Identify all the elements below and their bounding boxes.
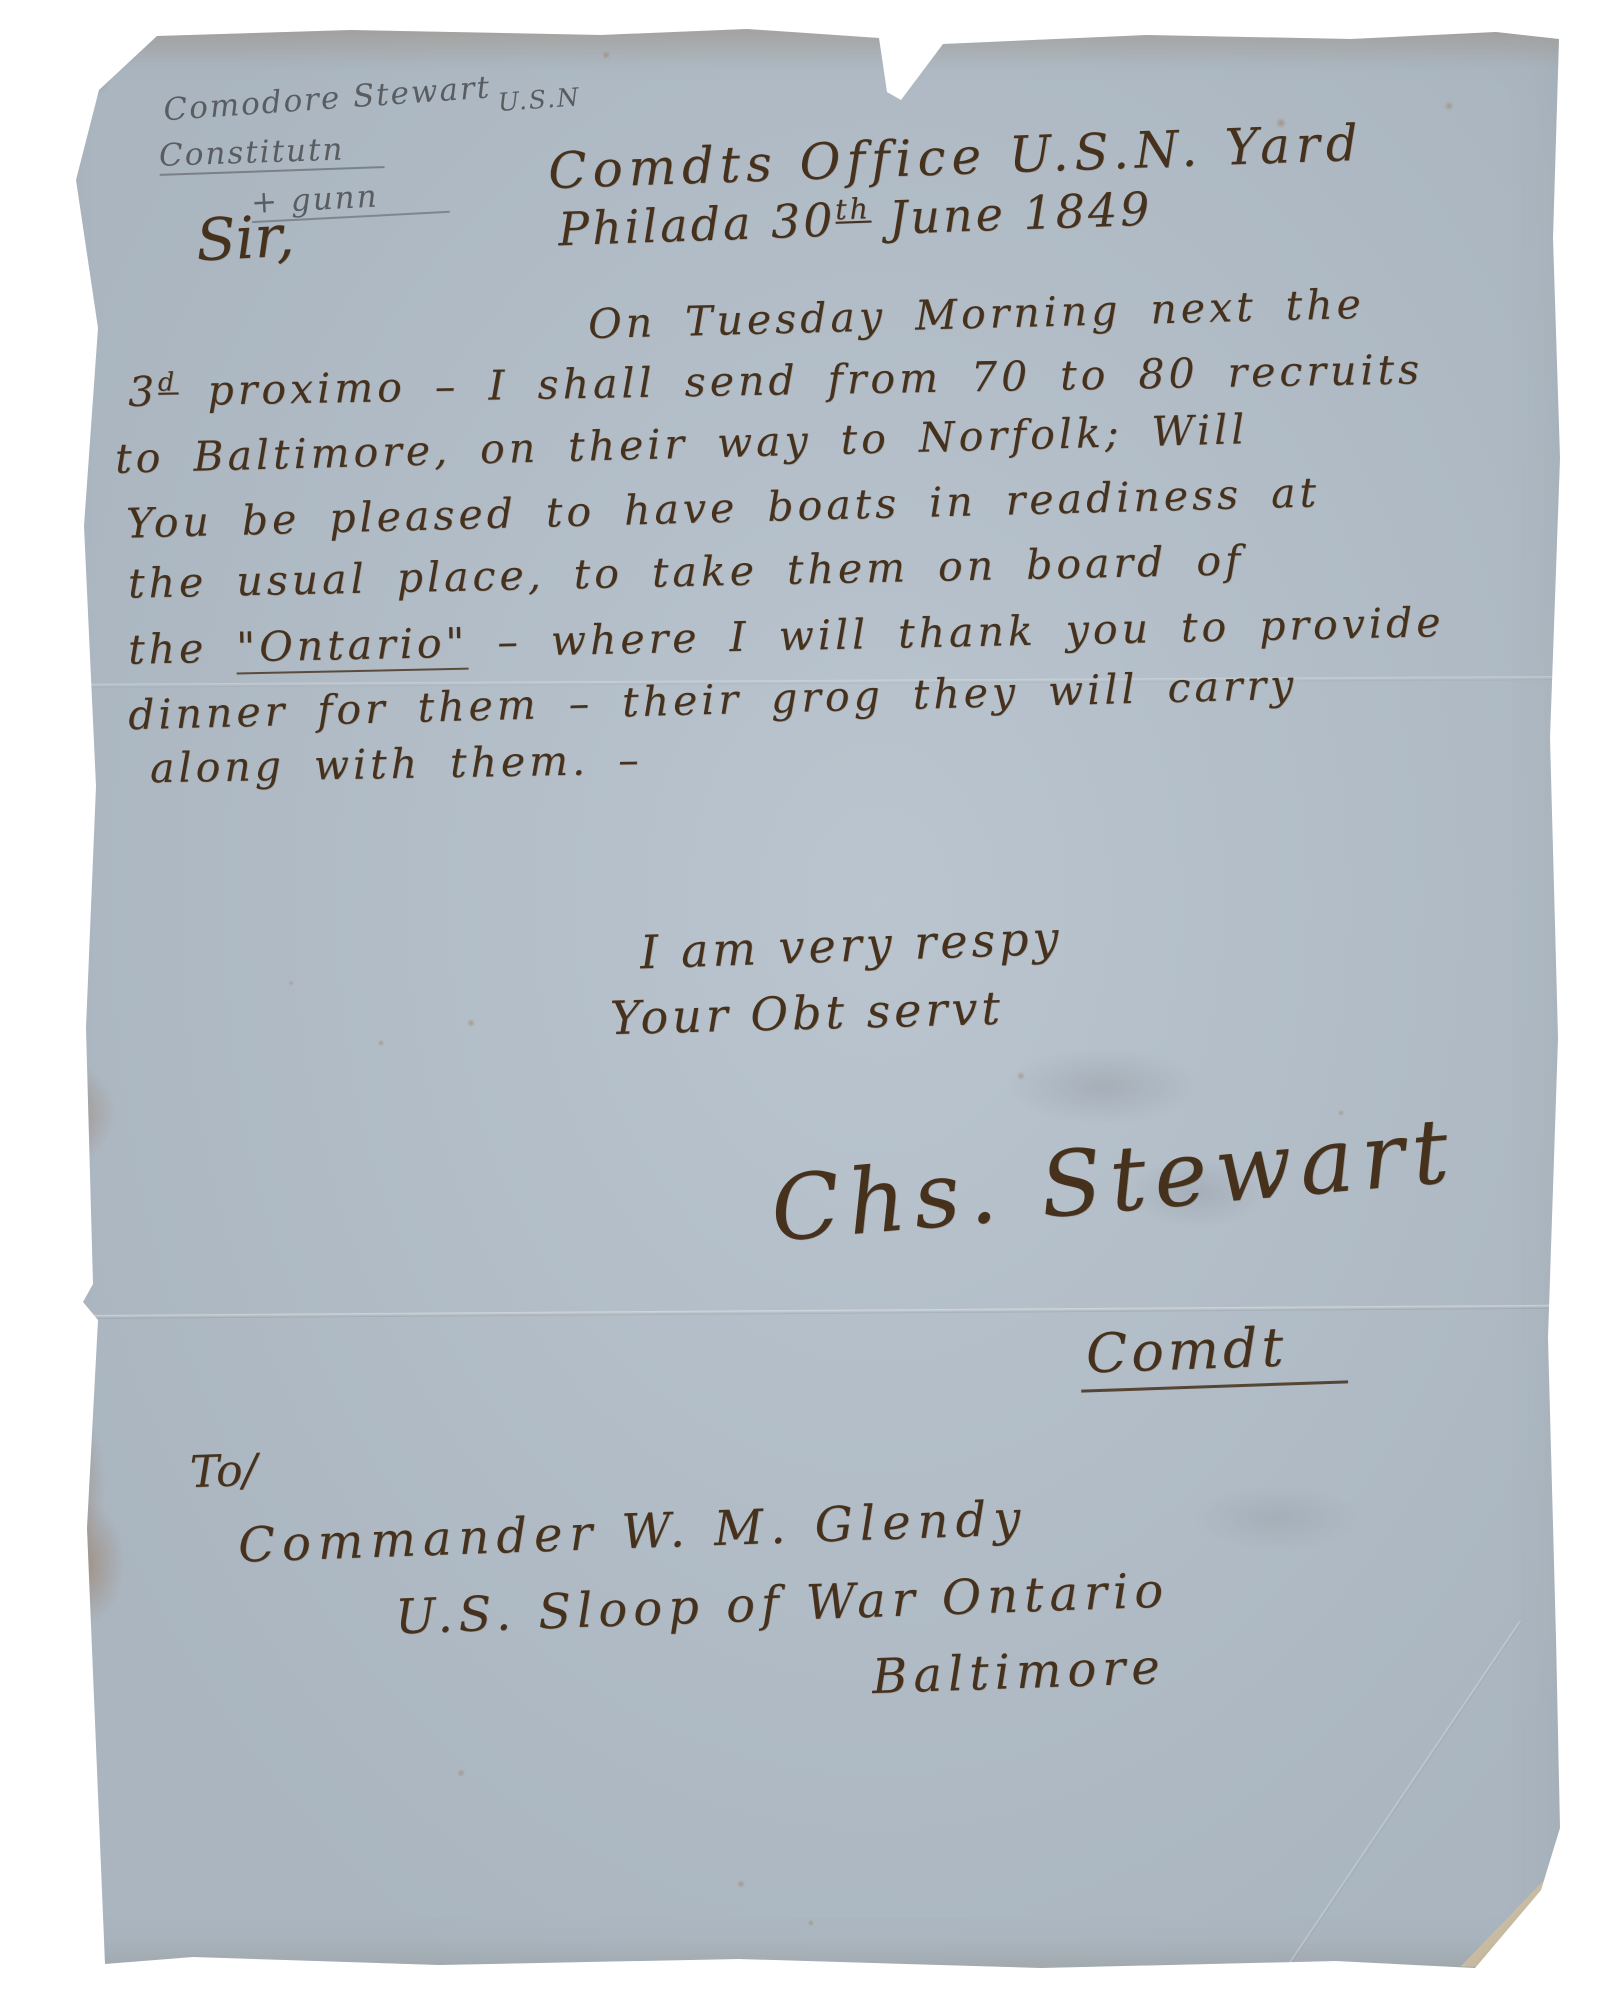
- photo-backdrop: Comodore StewartU.S.N Constitutn + gunn …: [0, 0, 1604, 2000]
- body-line-2-number: 3: [128, 367, 159, 416]
- pencil-annotation-name: Comodore Stewart: [162, 69, 492, 128]
- closing-line-1: I am very respy: [639, 911, 1063, 980]
- body-line-3: to Baltimore, on their way to Norfolk; W…: [115, 405, 1249, 483]
- body-line-6-suffix: – where I will thank you to provide: [468, 598, 1445, 666]
- ship-name-ontario: "Ontario": [236, 619, 469, 675]
- signature-title: Comdt: [1079, 1313, 1349, 1392]
- date-month-year: June 1849: [870, 182, 1153, 246]
- salutation: Sir,: [194, 201, 296, 274]
- dog-ear-fold: [1459, 1876, 1561, 1970]
- body-line-5: the usual place, to take them on board o…: [128, 536, 1245, 607]
- pencil-annotation-line-1: Comodore StewartU.S.N: [162, 64, 575, 129]
- body-line-1: On Tuesday Morning next the: [588, 280, 1366, 348]
- letter-paper: Comodore StewartU.S.N Constitutn + gunn …: [41, 28, 1563, 1970]
- fold-crease-diagonal: [1285, 1620, 1522, 1970]
- signature-name: Chs. Stewart: [767, 1098, 1461, 1262]
- letterhead-office-line: Comdts Office U.S.N. Yard: [547, 114, 1364, 200]
- body-line-4: You be pleased to have boats in readines…: [126, 468, 1321, 547]
- closing-line-2: Your Obt servt: [609, 981, 1004, 1045]
- body-line-2-ordinal: d: [158, 366, 179, 396]
- address-to: To/: [189, 1445, 258, 1498]
- address-recipient: Commander W. M. Glendy: [237, 1490, 1028, 1574]
- date-ordinal-suffix: th: [835, 192, 872, 226]
- pencil-annotation-usn: U.S.N: [497, 82, 582, 117]
- body-line-6-prefix: the: [128, 624, 237, 674]
- body-line-8: along with them. –: [150, 736, 643, 793]
- date-place: Philada 30: [557, 193, 836, 257]
- address-ship: U.S. Sloop of War Ontario: [394, 1563, 1170, 1646]
- pencil-annotation-line-2: Constitutn: [158, 130, 385, 176]
- address-city: Baltimore: [871, 1639, 1166, 1705]
